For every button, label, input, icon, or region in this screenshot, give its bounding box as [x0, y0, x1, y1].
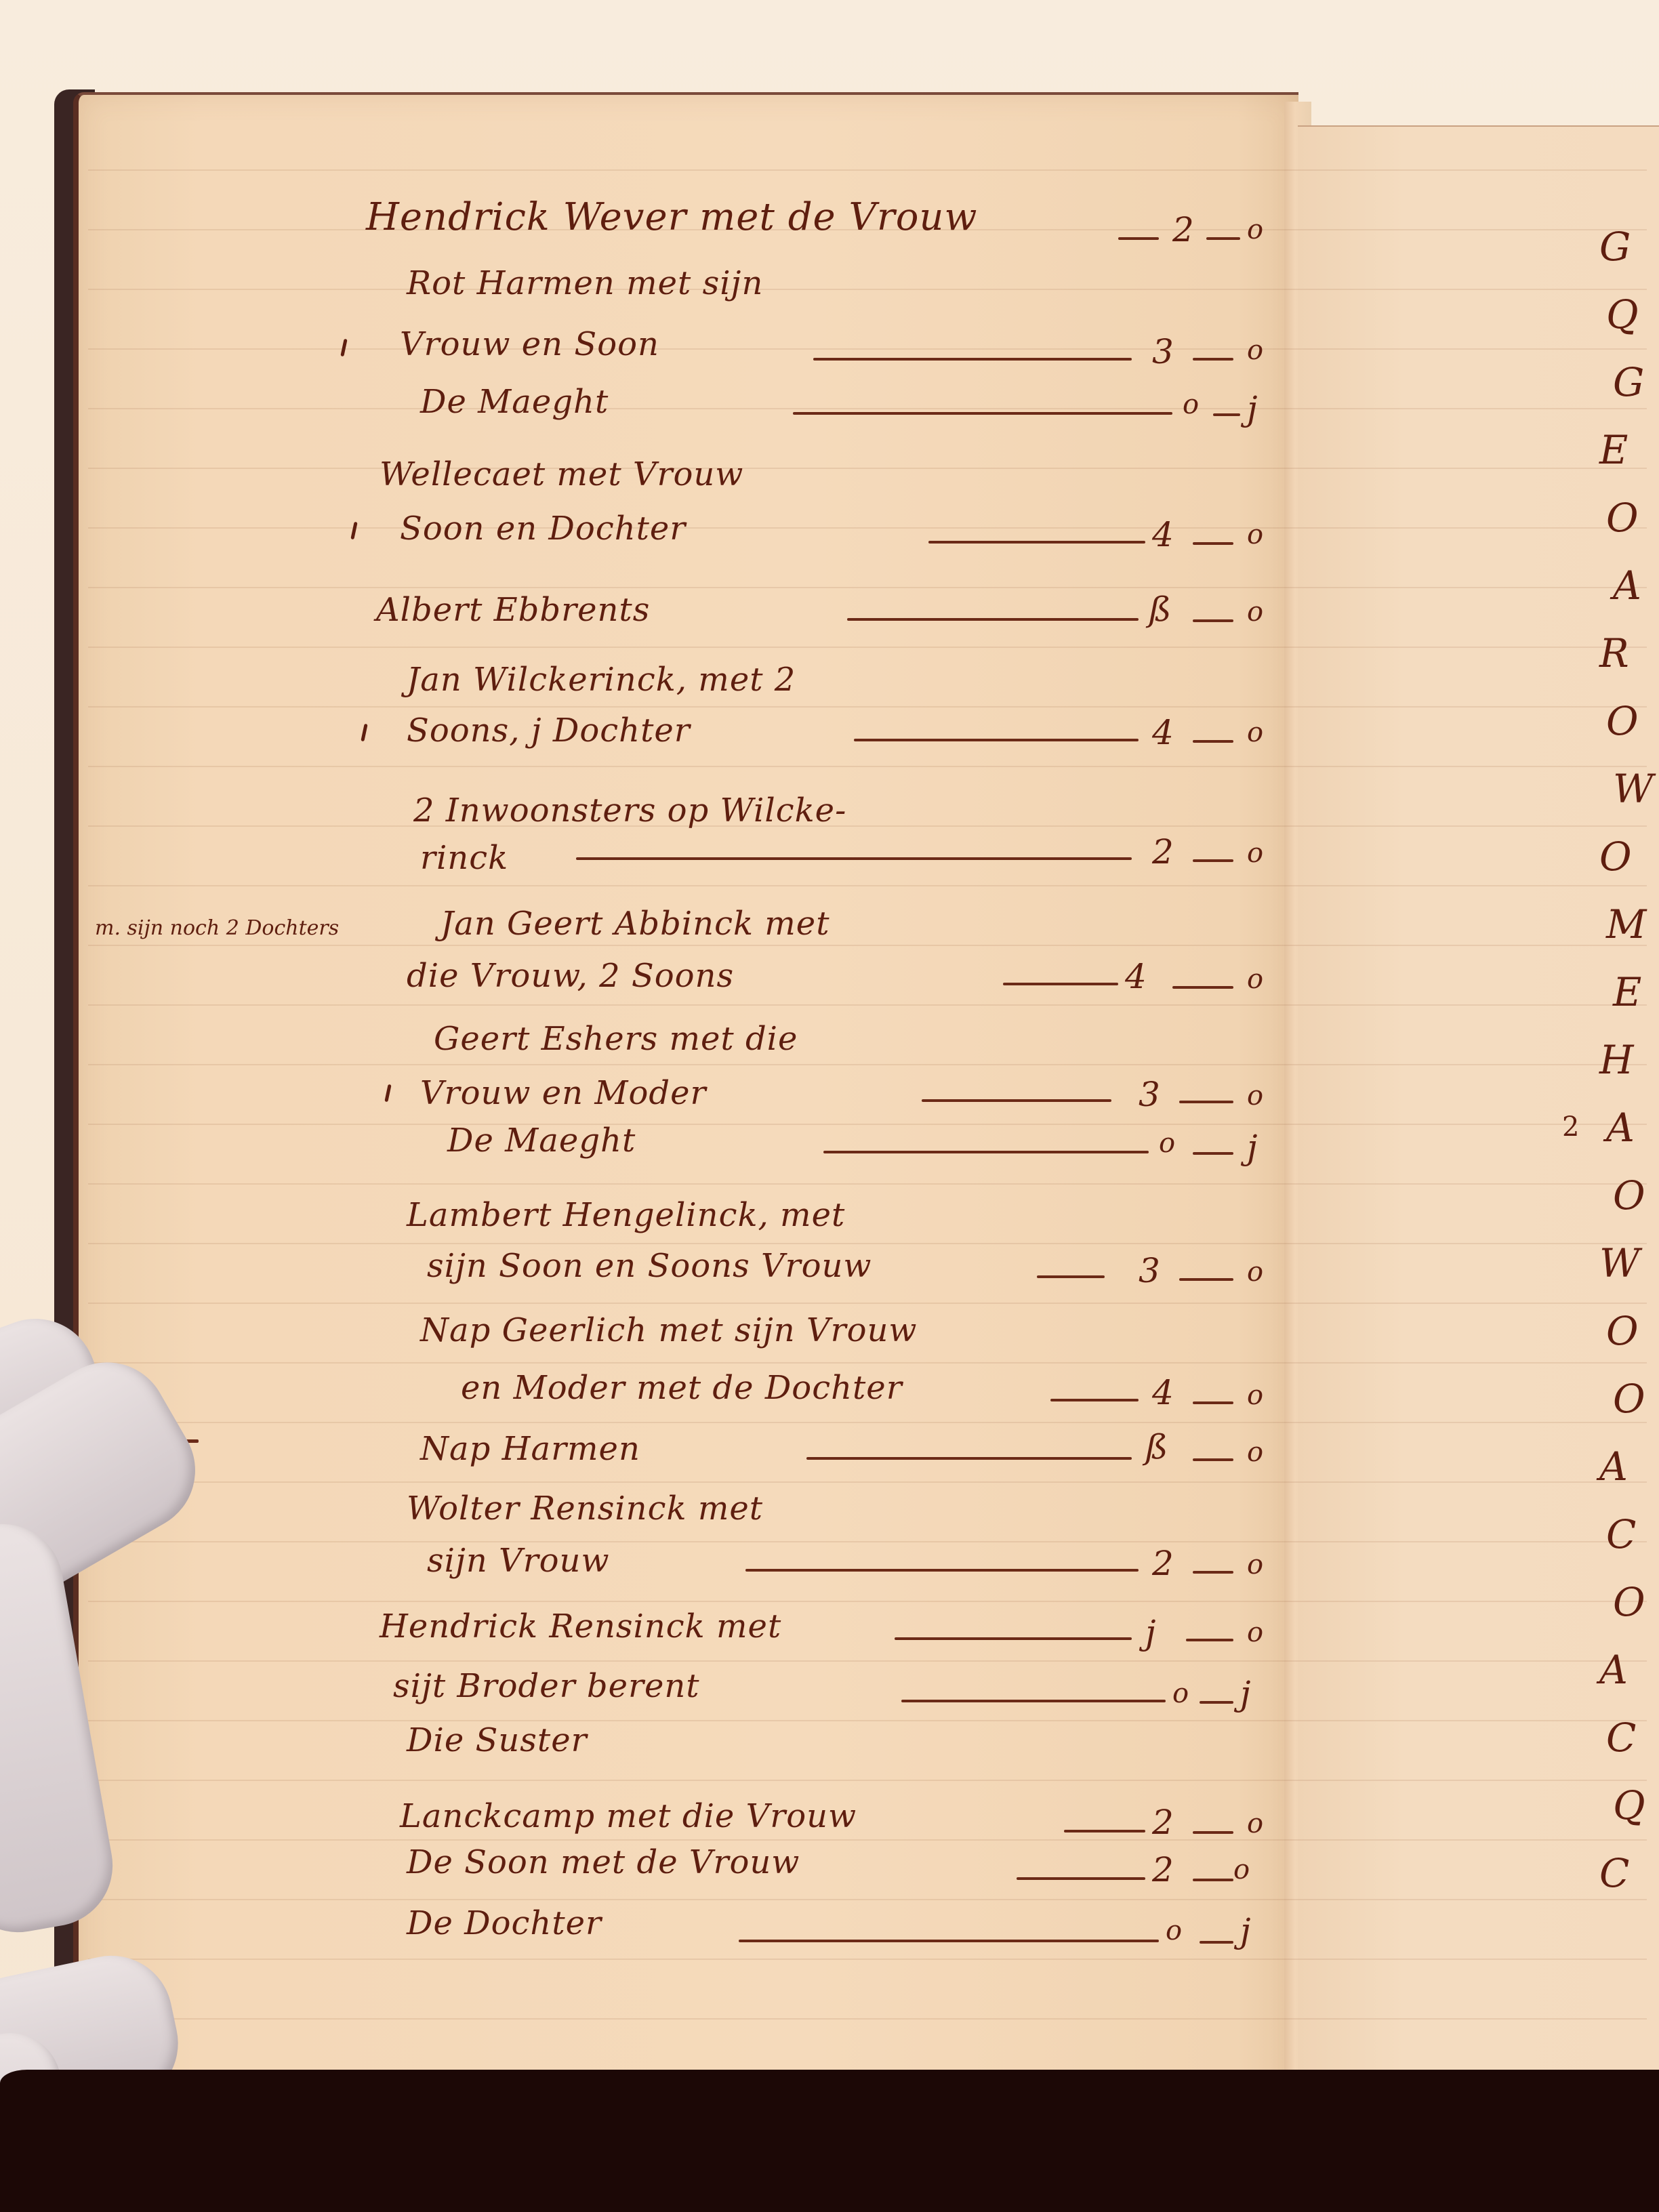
leader-dash [847, 618, 1139, 621]
entry-line: rinck [420, 839, 508, 877]
count-a: 2 [1152, 1544, 1174, 1583]
ruled-line [88, 706, 1647, 708]
ruled-line [88, 647, 1647, 648]
entry-line: De Maeght [420, 383, 609, 421]
count-a: 4 [1152, 713, 1174, 752]
count-a: ß [1145, 1427, 1168, 1467]
count-a: o [1172, 1678, 1189, 1709]
right-page-initial: C [1606, 1715, 1636, 1761]
leader-dash [1193, 859, 1233, 862]
count-a: 2 [1152, 832, 1174, 872]
count-a: ß [1149, 590, 1171, 629]
count-b: j [1240, 1674, 1251, 1713]
entry-line: Hendrick Wever met de Vrouw [366, 195, 977, 239]
ruled-line [88, 408, 1647, 409]
count-b: j [1247, 389, 1258, 428]
ruled-line [88, 1780, 1647, 1781]
entry-line: Jan Geert Abbinck met [441, 905, 830, 943]
count-b: o [1247, 1617, 1263, 1648]
right-page-initial: Q [1606, 291, 1639, 337]
entry-line: Lambert Hengelinck, met [407, 1196, 845, 1234]
ruled-line [88, 1422, 1647, 1423]
leader-dash [1179, 1101, 1233, 1103]
count-a: 4 [1152, 515, 1174, 554]
count-a: 2 [1152, 1803, 1174, 1842]
count-b: o [1247, 1080, 1263, 1111]
leader-dash [1172, 986, 1233, 989]
leader-dash [576, 857, 1132, 860]
entry-line: De Soon met de Vrouw [407, 1843, 800, 1881]
right-page-margin-number: 2 [1562, 1111, 1579, 1143]
entry-line: Soon en Dochter [400, 510, 686, 548]
ruled-line [88, 945, 1647, 946]
right-page-initial: W [1613, 766, 1654, 812]
ruled-line [88, 1243, 1647, 1244]
right-page-initial: O [1606, 495, 1639, 541]
entry-line: sijt Broder berent [393, 1667, 700, 1705]
count-b: o [1247, 1380, 1263, 1411]
entry-line: sijn Soon en Soons Vrouw [427, 1247, 872, 1285]
leader-dash [1003, 983, 1118, 985]
leader-dash [1064, 1830, 1145, 1832]
leader-dash [1193, 1458, 1233, 1461]
right-page-initial: O [1613, 1376, 1645, 1422]
ruled-line [88, 169, 1647, 171]
right-page-initial: O [1613, 1579, 1645, 1625]
count-b: o [1247, 335, 1263, 366]
ruled-line [88, 2018, 1647, 2020]
leader-dash [1193, 1401, 1233, 1404]
right-page-initial: R [1599, 630, 1629, 676]
entry-line: Jan Wilckerinck, met 2 [407, 661, 796, 699]
entry-line: De Dochter [407, 1904, 602, 1942]
entry-line: Hendrick Rensinck met [380, 1607, 781, 1645]
ruled-line [88, 1124, 1647, 1125]
entry-line: Lanckcamp met die Vrouw [400, 1797, 857, 1835]
entry-line: Nap Harmen [420, 1430, 640, 1468]
leader-dash [1017, 1877, 1145, 1880]
ruled-line [88, 1183, 1647, 1185]
count-a: 4 [1125, 957, 1147, 996]
ruled-line [88, 1601, 1647, 1602]
ruled-line [88, 885, 1647, 886]
leader-dash [895, 1637, 1132, 1640]
entry-line: Vrouw en Soon [400, 325, 659, 363]
leader-dash [1193, 1152, 1233, 1155]
entry-line: Vrouw en Moder [420, 1074, 706, 1112]
count-a: o [1166, 1915, 1182, 1946]
entry-line: Wolter Rensinck met [407, 1490, 763, 1528]
entry-line: die Vrouw, 2 Soons [407, 957, 734, 995]
count-b: o [1247, 596, 1263, 628]
ruled-line [88, 766, 1647, 767]
count-b: o [1247, 1808, 1263, 1839]
right-page-initial: O [1599, 834, 1632, 880]
leader-dash [1213, 413, 1240, 416]
right-page-initial: E [1613, 969, 1641, 1015]
entry-line: Rot Harmen met sijn [407, 264, 763, 302]
entry-line: De Maeght [447, 1122, 636, 1160]
right-page-initial: O [1613, 1172, 1645, 1218]
leader-dash [1037, 1275, 1105, 1278]
right-page-initial: G [1599, 224, 1631, 270]
leader-dash [823, 1151, 1149, 1153]
count-a: 3 [1152, 332, 1174, 371]
leader-dash [1193, 358, 1233, 361]
count-b: j [1240, 1911, 1251, 1950]
right-page-initial: A [1613, 562, 1641, 609]
ruled-line [88, 527, 1647, 529]
right-page-initial: W [1599, 1240, 1640, 1286]
entry-line: Soons, j Dochter [407, 712, 691, 750]
count-a: o [1183, 389, 1199, 420]
ruled-line [88, 1720, 1647, 1721]
leader-dash [901, 1700, 1166, 1702]
margin-note: m. sijn noch 2 Dochters [95, 916, 339, 940]
entry-line: Albert Ebbrents [376, 591, 650, 629]
count-b: o [1247, 964, 1263, 995]
entry-line: sijn Vrouw [427, 1542, 610, 1580]
right-page-initial: M [1606, 901, 1646, 947]
ruled-line [88, 1660, 1647, 1662]
leader-dash [854, 739, 1139, 741]
ruled-line [88, 468, 1647, 469]
count-b: o [1247, 838, 1263, 869]
count-a: 3 [1139, 1251, 1160, 1290]
ruled-line [88, 1362, 1647, 1364]
leader-dash [928, 541, 1145, 544]
leader-dash [1193, 542, 1233, 545]
leader-dash [1179, 1278, 1233, 1281]
ruled-line [88, 825, 1647, 827]
leader-dash [1200, 1701, 1233, 1704]
count-a: 3 [1139, 1075, 1160, 1114]
leader-dash [739, 1940, 1159, 1942]
count-b: o [1247, 519, 1263, 550]
entry-line: 2 Inwoonsters op Wilcke- [413, 792, 846, 829]
right-page-initial: Q [1613, 1782, 1645, 1828]
leader-dash [806, 1457, 1132, 1460]
leader-dash [813, 358, 1132, 361]
right-page-initial: A [1599, 1443, 1628, 1490]
entry-line: en Moder met de Dochter [461, 1369, 903, 1407]
count-a: o [1159, 1128, 1175, 1159]
leader-dash [1193, 1571, 1233, 1574]
right-page-initial: E [1599, 427, 1628, 473]
right-page-initial: O [1606, 1308, 1639, 1354]
ruled-line [88, 1303, 1647, 1304]
leader-dash [1193, 740, 1233, 743]
count-b: j [1247, 1128, 1258, 1167]
count-a: j [1145, 1613, 1156, 1652]
ruled-line [88, 289, 1647, 290]
right-page-initial: O [1606, 698, 1639, 744]
leader-dash [1193, 1831, 1233, 1834]
entry-line: Geert Eshers met die [434, 1020, 798, 1058]
ruled-line [88, 1899, 1647, 1900]
leader-dash [1206, 237, 1240, 240]
leader-dash [1193, 1879, 1233, 1881]
leader-dash [1193, 619, 1233, 622]
leader-dash [793, 412, 1172, 415]
right-page-initial: A [1606, 1105, 1635, 1151]
count-a: 2 [1152, 1850, 1174, 1889]
count-a: 4 [1152, 1373, 1174, 1412]
ruled-line [88, 1064, 1647, 1065]
ruled-line [88, 1481, 1647, 1483]
leader-dash [922, 1099, 1111, 1102]
right-page-initial: H [1599, 1037, 1634, 1083]
entry-line: Die Suster [407, 1721, 588, 1759]
ruled-line [88, 1004, 1647, 1006]
right-page-initial: C [1606, 1511, 1636, 1557]
count-a: 2 [1172, 210, 1194, 249]
count-b: o [1247, 1549, 1263, 1580]
leader-dash [1200, 1941, 1233, 1944]
ruled-line [88, 587, 1647, 588]
ruled-line [88, 348, 1647, 350]
count-b: o [1247, 717, 1263, 748]
count-b: o [1247, 1256, 1263, 1288]
leader-dash [1118, 237, 1159, 240]
count-b: o [1233, 1854, 1250, 1885]
entry-line: Wellecaet met Vrouw [380, 455, 743, 493]
leader-dash [1186, 1639, 1233, 1641]
right-page-initial: A [1599, 1647, 1628, 1693]
count-b: o [1247, 1437, 1263, 1468]
right-page-initial: G [1613, 359, 1644, 405]
leader-dash [745, 1569, 1139, 1572]
dark-cloth-background [0, 2070, 1659, 2212]
entry-line: Nap Geerlich met sijn Vrouw [420, 1311, 917, 1349]
right-page-initial: C [1599, 1850, 1629, 1896]
ruled-line [88, 1839, 1647, 1841]
ruled-line [88, 1959, 1647, 1960]
ruled-line [88, 1541, 1647, 1542]
leader-dash [1050, 1399, 1139, 1401]
count-b: o [1247, 214, 1263, 245]
